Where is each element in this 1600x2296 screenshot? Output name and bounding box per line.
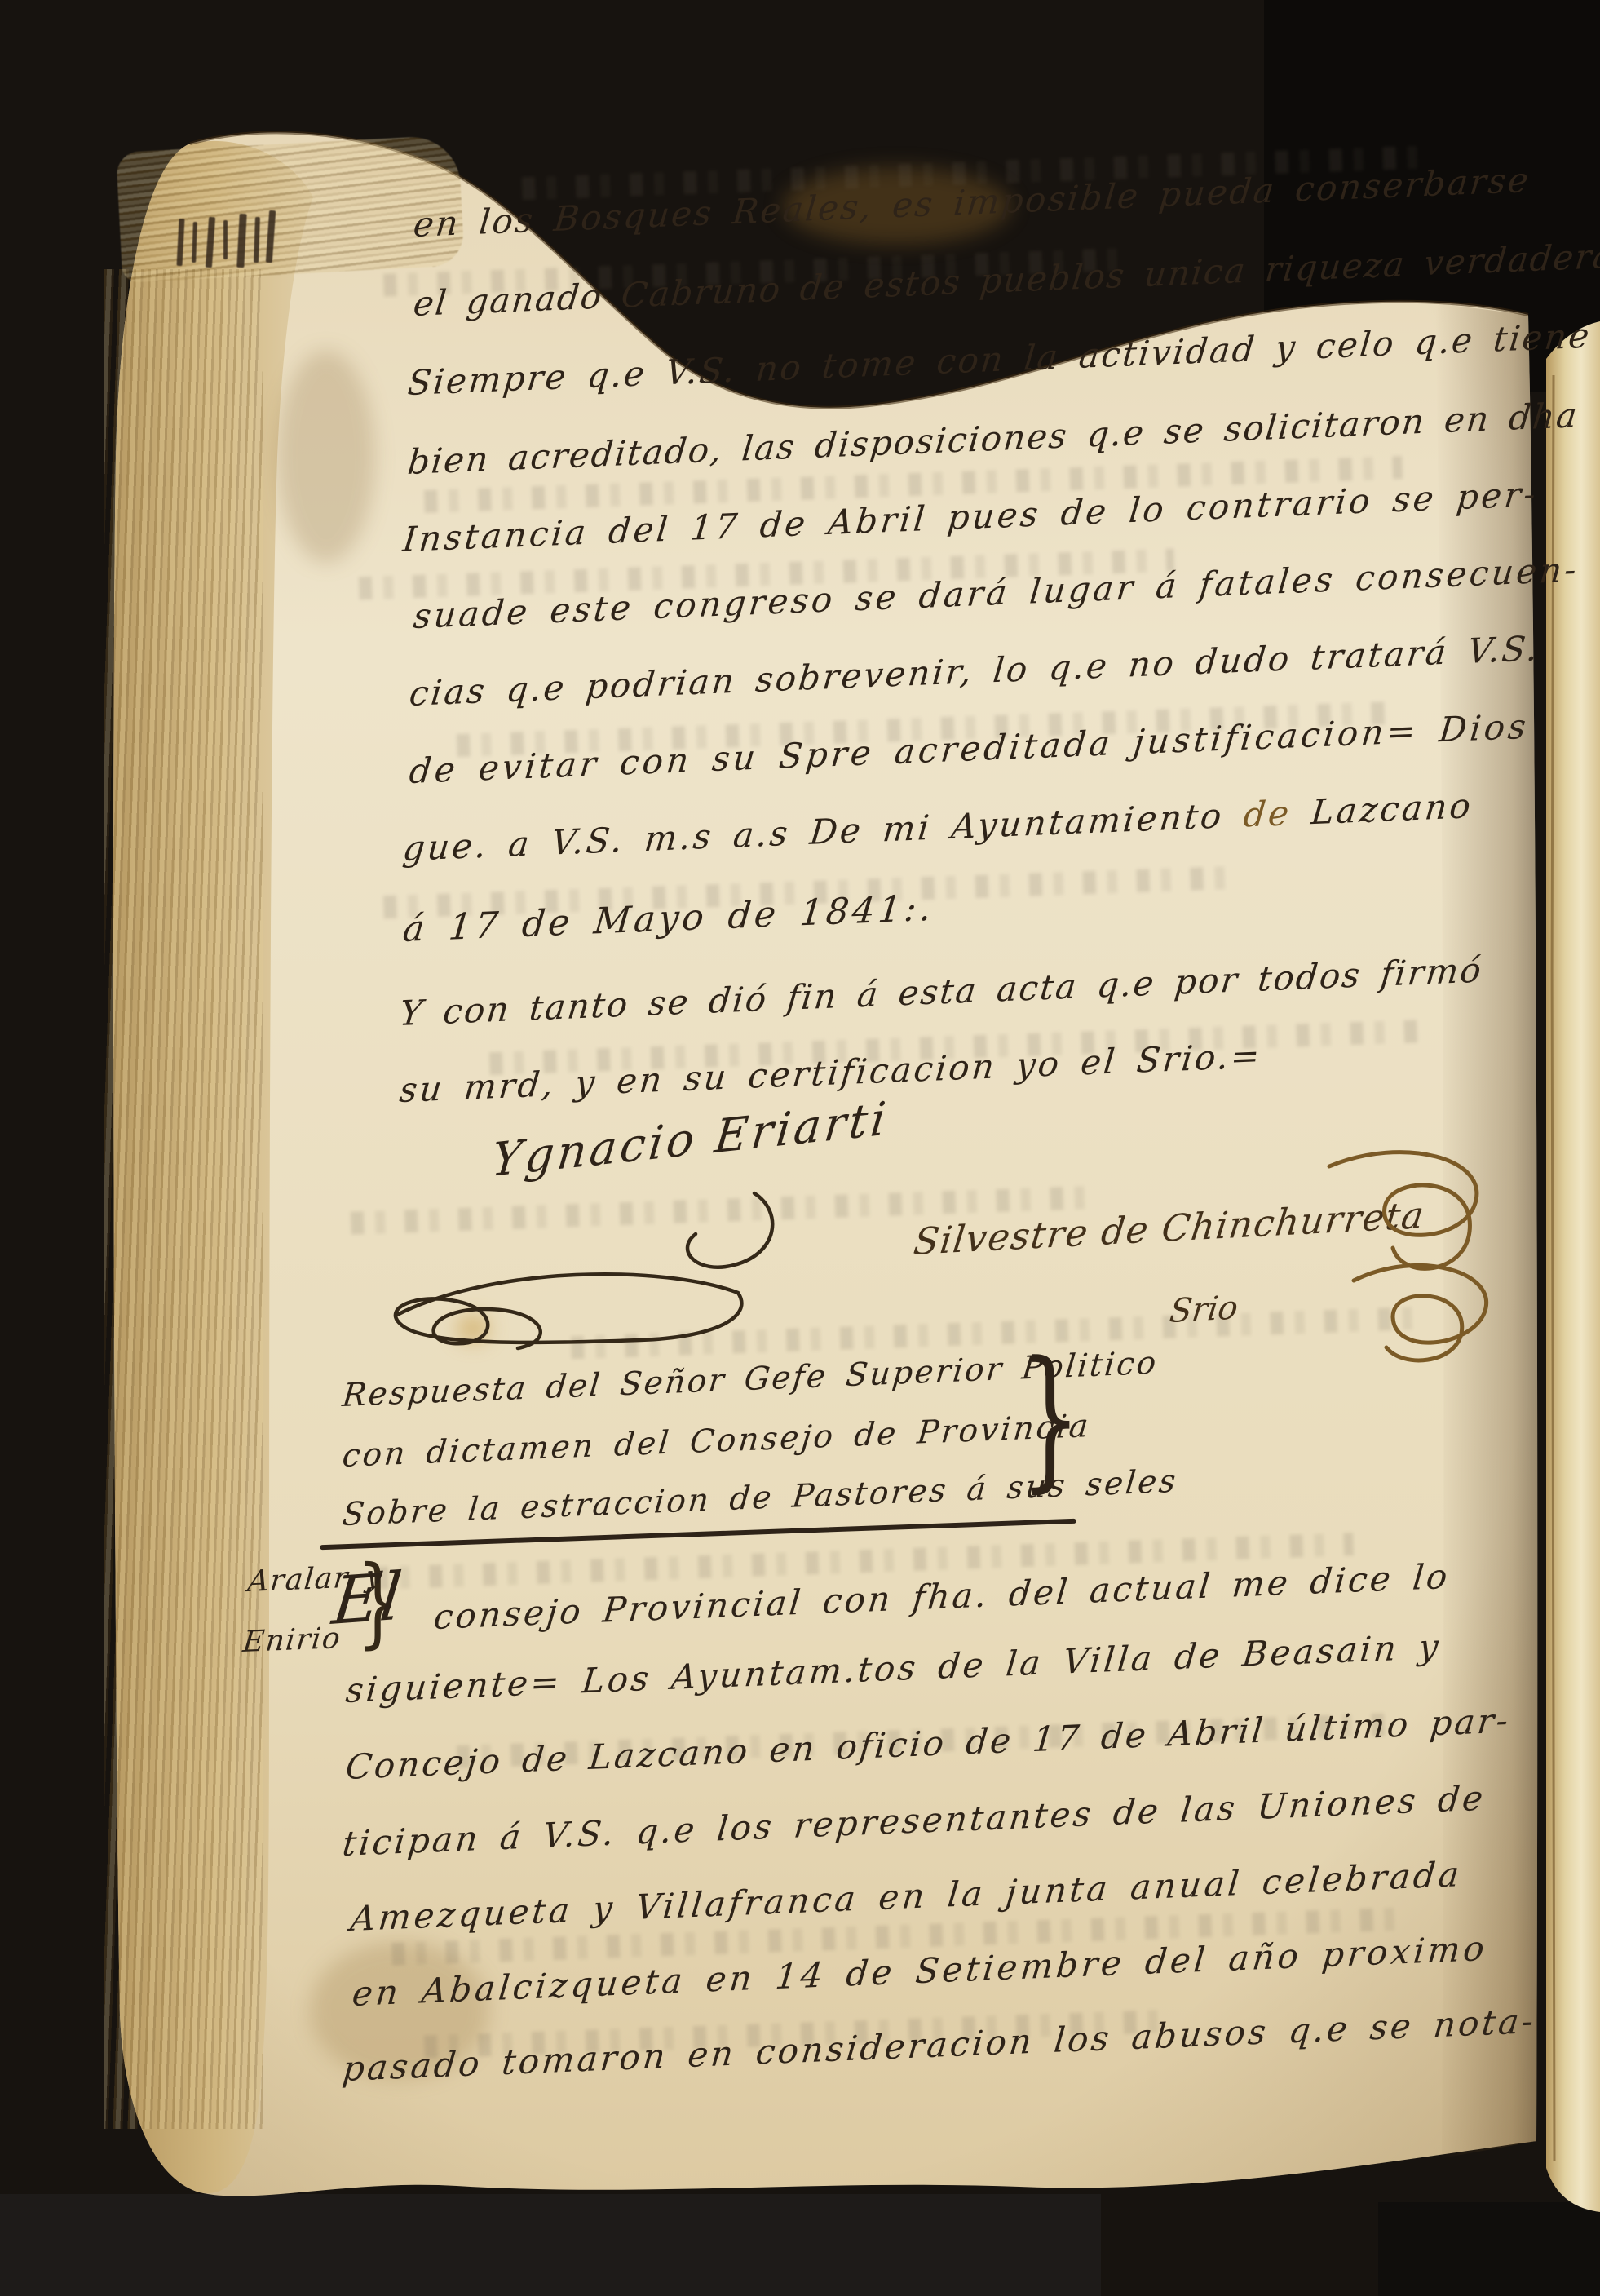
line-9-text-end: Lazcano [1309, 785, 1474, 832]
corner-page-grain [116, 135, 465, 283]
signature-left-flourish [371, 1187, 795, 1366]
signature-right-flourish [1256, 1142, 1533, 1370]
signature-right-title: Srio [1168, 1291, 1240, 1328]
margin-note-line-2: Enirio [241, 1624, 343, 1657]
paper-stain [277, 351, 375, 563]
fore-edge-texture [104, 269, 263, 2129]
paragraph2-initial: El [329, 1564, 404, 1635]
scan-background: en los Bosques Reales, es imposible pued… [0, 0, 1600, 2296]
line-9-sepia-word: de [1242, 793, 1293, 835]
heading-brace: } [1019, 1357, 1081, 1480]
